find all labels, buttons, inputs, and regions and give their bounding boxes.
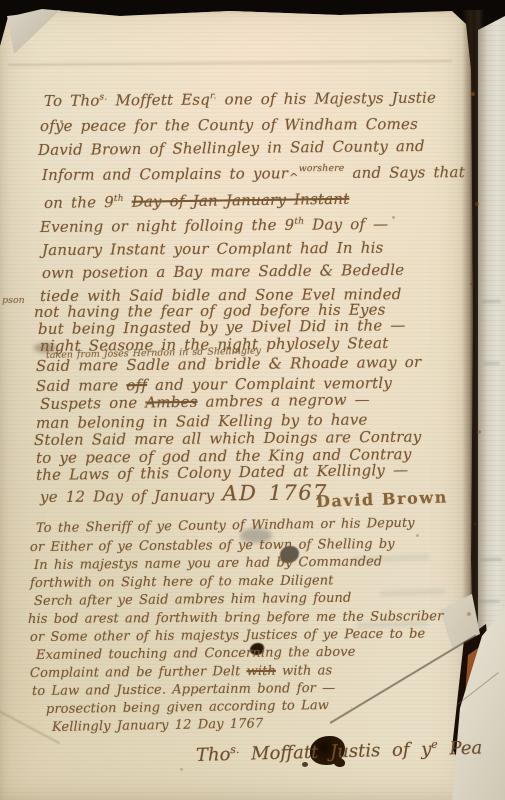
manuscript-line-29: his bod arest and forthwith bring before… bbox=[28, 609, 444, 627]
manuscript-line-28: Serch after ye Said ambres him having fo… bbox=[34, 591, 352, 609]
manuscript-line-33: to Law and Justice. Appertainm bond for … bbox=[32, 681, 335, 699]
manuscript-scan: To Thos. Moffett Esqr. one of his Majest… bbox=[0, 0, 505, 800]
manuscript-line-26: In his majestys name you are had by Comm… bbox=[34, 554, 382, 573]
signature-complainant: David Brown bbox=[316, 487, 449, 511]
manuscript-line-34: prosection being given according to Law bbox=[46, 698, 329, 717]
margin-note: pson bbox=[2, 295, 25, 306]
line-with-insertion: Inform and Complains to your^worshere an… bbox=[42, 163, 465, 184]
manuscript-line-32: Complaint and be further Delt with with … bbox=[30, 663, 332, 681]
manuscript-line-15: Said mare Sadle and bridle & Rhoade away… bbox=[36, 353, 421, 375]
manuscript-line-30: or Some other of his majestys Justices o… bbox=[30, 627, 425, 645]
line-dateline: ye 12 Day of January AD 1767 bbox=[40, 480, 328, 507]
manuscript-line-25: or Either of ye Constables of ye town of… bbox=[30, 537, 395, 555]
manuscript-line-27: forthwith on Sight here of to make Dilig… bbox=[30, 573, 334, 591]
show-through-text bbox=[481, 300, 501, 303]
line-with-strikeout: on the 9th Day of Jan January Instant bbox=[44, 190, 350, 212]
manuscript-line-2: ofye peace for the County of Windham Com… bbox=[40, 115, 418, 135]
manuscript-line-31: Examined touching and Concerning the abo… bbox=[36, 645, 356, 663]
show-through-text bbox=[483, 362, 500, 365]
line-salutation: To Thos. Moffett Esqr. one of his Majest… bbox=[44, 89, 436, 110]
manuscript-line-7: January Instant your Complant had In his bbox=[42, 239, 384, 259]
show-through-text bbox=[480, 558, 502, 561]
manuscript-line-8: own posetion a Bay mare Saddle & Bededle bbox=[42, 261, 404, 282]
line-warrant-dateline: Kellingly January 12 Day 1767 bbox=[52, 716, 264, 735]
manuscript-line-3: David Brown of Shellingley in Said Count… bbox=[38, 137, 425, 159]
signature-justice: Thos. Moffatt Justis of ye Pea bbox=[196, 737, 483, 766]
manuscript-text-layer: To Thos. Moffett Esqr. one of his Majest… bbox=[0, 0, 476, 800]
manuscript-line-6: Evening or night folloing the 9th Day of… bbox=[40, 215, 389, 236]
show-through-text bbox=[479, 600, 500, 603]
manuscript-line-17: Suspets one Ambes ambres a negrow — bbox=[40, 390, 370, 413]
manuscript-line-24: To the Sheriff of ye County of Windham o… bbox=[36, 516, 415, 536]
